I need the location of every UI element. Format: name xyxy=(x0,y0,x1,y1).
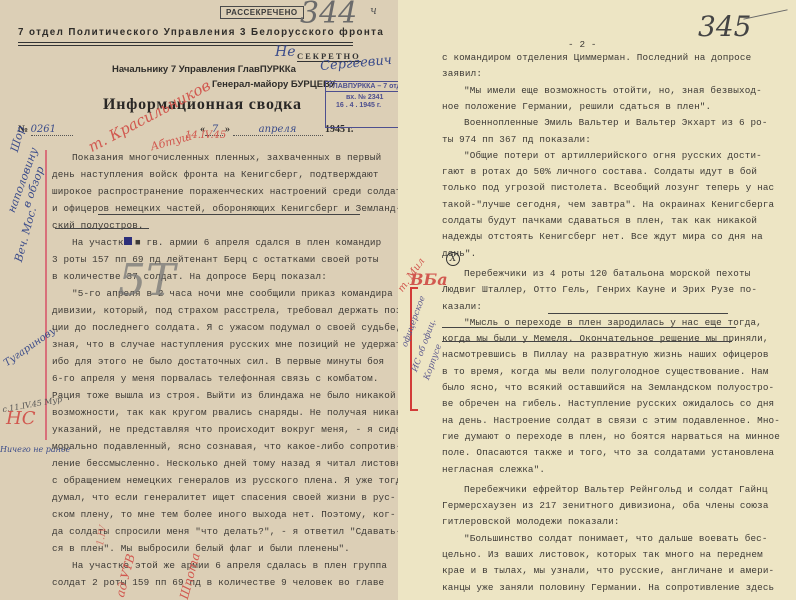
underline xyxy=(442,341,732,342)
typed-line: негласная слежка". xyxy=(442,464,545,475)
header-rule xyxy=(18,42,353,43)
header-rule-double xyxy=(18,45,353,46)
declassified-stamp: РАССЕКРЕЧЕНО xyxy=(220,6,304,19)
typed-line: Рация тоже вышла из строя. Выйти из блин… xyxy=(52,390,396,401)
underline xyxy=(548,313,728,314)
typed-line: на день. Настроение солдат в связи с эти… xyxy=(442,415,780,426)
typed-line: цельно. Из ваших листовок, которых так м… xyxy=(442,549,763,560)
ink-mark xyxy=(124,237,132,245)
margin-note-red: ВБа xyxy=(410,270,448,289)
typed-line: казали: xyxy=(442,301,482,312)
page-number: - 2 - xyxy=(568,39,597,50)
right-page: 345 - 2 - с командиром отделения Циммерм… xyxy=(398,0,796,600)
underline xyxy=(98,214,360,215)
typed-line: поле. Опасаются также и того, что за сол… xyxy=(442,447,774,458)
pencil-annotation: 5Т xyxy=(118,255,175,306)
typed-line: гают в ротах до 50% личного состава. Сол… xyxy=(442,166,757,177)
typed-line: Перебежчики из 4 роты 120 батальона морс… xyxy=(464,268,750,279)
typed-line: ты 974 пп 367 пд показали: xyxy=(442,134,591,145)
typed-line: в то время, когда мы вели полуголодное с… xyxy=(442,366,769,377)
typed-line: ное положение Германии, решили сдаться в… xyxy=(442,101,711,112)
typed-line: только под угрозой пистолета. Всеобщий л… xyxy=(442,182,774,193)
margin-note-red: НС xyxy=(6,408,35,429)
typed-line: и офицеров немецких частей, обороняющих … xyxy=(52,203,398,214)
typed-line: солдаты будут пачками сдаваться в плен, … xyxy=(442,215,757,226)
typed-line: гитлеровской молодежи показали: xyxy=(442,516,620,527)
typed-line: такой-"лучше сегодня, чем завтра". На ок… xyxy=(442,199,774,210)
underline xyxy=(55,228,149,229)
red-resolution-date: 14.IV.45 xyxy=(185,130,226,141)
typed-line: указаний, не представляя что происходит … xyxy=(52,424,398,435)
document-title: Информационная сводка xyxy=(103,96,302,114)
typed-line: гие думают о переходе в плен, но боятся … xyxy=(442,431,780,442)
typed-line: "Мы имели еще возможность отойти, но, зн… xyxy=(464,85,762,96)
folio-mark: ч xyxy=(370,4,377,17)
number-value: 0261 xyxy=(31,124,73,136)
typed-line: надежды отстоять Кенигсберг нет. Все жду… xyxy=(442,231,763,242)
addressee-line-1: Начальнику 7 Управления ГлавПУРККа xyxy=(112,64,296,75)
typed-line: ском плену, то мне тем более иного выход… xyxy=(52,509,396,520)
typed-line: канцы уже заняли половину Германии. На с… xyxy=(442,582,774,593)
stamp-line-3: 16 . 4 . 1945 г. xyxy=(326,101,398,109)
typed-line: заявил: xyxy=(442,68,482,79)
typed-line: Военнопленные Эмиль Вальтер и Вальтер Эк… xyxy=(464,117,768,128)
typed-line: в количестве 37 солдат. На допросе Берц … xyxy=(52,271,327,282)
typed-line: "Общие потери от артиллерийского огня ру… xyxy=(464,150,762,161)
typed-line: 3 роты 157 пп 69 пд лейтенант Берц с ост… xyxy=(52,254,379,265)
typed-line: ский полуостров. xyxy=(52,220,144,231)
typed-line: возможности, так как кругом рвались снар… xyxy=(52,407,398,418)
margin-x-mark: X xyxy=(446,252,460,266)
typed-line: На участке ■ гв. армии 6 апреля сдался в… xyxy=(72,237,381,248)
typed-line: думал, что если генералитет ищет спасени… xyxy=(52,492,396,503)
typed-line: день наступления войск фронта на Кенигсб… xyxy=(52,169,379,180)
typed-line: Перебежчики ефрейтор Вальтер Рейнгольд и… xyxy=(464,484,768,495)
margin-note: Шор xyxy=(8,125,27,154)
typed-line: Показания многочисленных пленных, захвач… xyxy=(72,152,381,163)
underline xyxy=(442,327,736,328)
stamp-line-2: вх. № 2341 xyxy=(326,92,398,101)
secrecy-handwritten-prefix: Не xyxy=(275,44,296,60)
typed-line: 6-го апреля у меня порвалась телефонная … xyxy=(52,373,379,384)
margin-note: Веч. Мос. xyxy=(12,206,39,263)
stamp-line-1: ГЛАВПУРККА – 7 отд. xyxy=(326,82,398,92)
typed-line: дивизии, который, под страхом расстрела,… xyxy=(52,305,398,316)
typed-line: Гермерсхаузен из 217 зенитного дивизиона… xyxy=(442,500,769,511)
typed-line: было ясно, что всякий оставшийся на Земл… xyxy=(442,382,774,393)
typed-line: морально подавленный, ясно сознавая, что… xyxy=(52,441,398,452)
typed-line: "Большинство солдат понимает, что дальше… xyxy=(464,533,768,544)
archive-folio-number: 345 xyxy=(698,10,751,43)
date-month: апреля xyxy=(233,124,323,136)
incoming-registration-stamp: ГЛАВПУРККА – 7 отд. вх. № 2341 16 . 4 . … xyxy=(325,81,398,128)
typed-line: зная, что в случае наступления русских м… xyxy=(52,339,398,350)
department-header: 7 отдел Политического Управления 3 Белор… xyxy=(18,27,384,38)
typed-line: солдат 2 роты 159 пп 69 пд в количестве … xyxy=(52,577,384,588)
typed-line: ление бессмысленно. Несколько дней тому … xyxy=(52,458,398,469)
typed-line: ции до последнего солдата. Я с ужасом по… xyxy=(52,322,398,333)
left-page: РАССЕКРЕЧЕНО 344 ч 7 отдел Политического… xyxy=(0,0,398,600)
typed-line: с обращением немецких генералов из русск… xyxy=(52,475,398,486)
typed-line: широкое распространение пораженческих на… xyxy=(52,186,398,197)
typed-line: Людвиг Шталлер, Отто Гель, Генрих Кауне … xyxy=(442,284,757,295)
typed-line: когда мы были у Мемеля. Окончательное ре… xyxy=(442,333,769,344)
typed-line: с командиром отделения Циммерман. Послед… xyxy=(442,52,751,63)
typed-line: ибо для этого не было достаточных сил. В… xyxy=(52,356,384,367)
margin-note: Тугаринову xyxy=(2,325,58,369)
typed-line: крае и в тылах, мы узнали, что русские, … xyxy=(442,565,774,576)
typed-line: насмотревшись в Пиллау на развратную жиз… xyxy=(442,349,769,360)
bottom-note: Шпота xyxy=(177,551,203,600)
typed-line: ве обречен на гибель. Наступление русски… xyxy=(442,398,774,409)
addressee-line-2: Генерал-майору БУРЦЕВУ xyxy=(212,79,335,90)
